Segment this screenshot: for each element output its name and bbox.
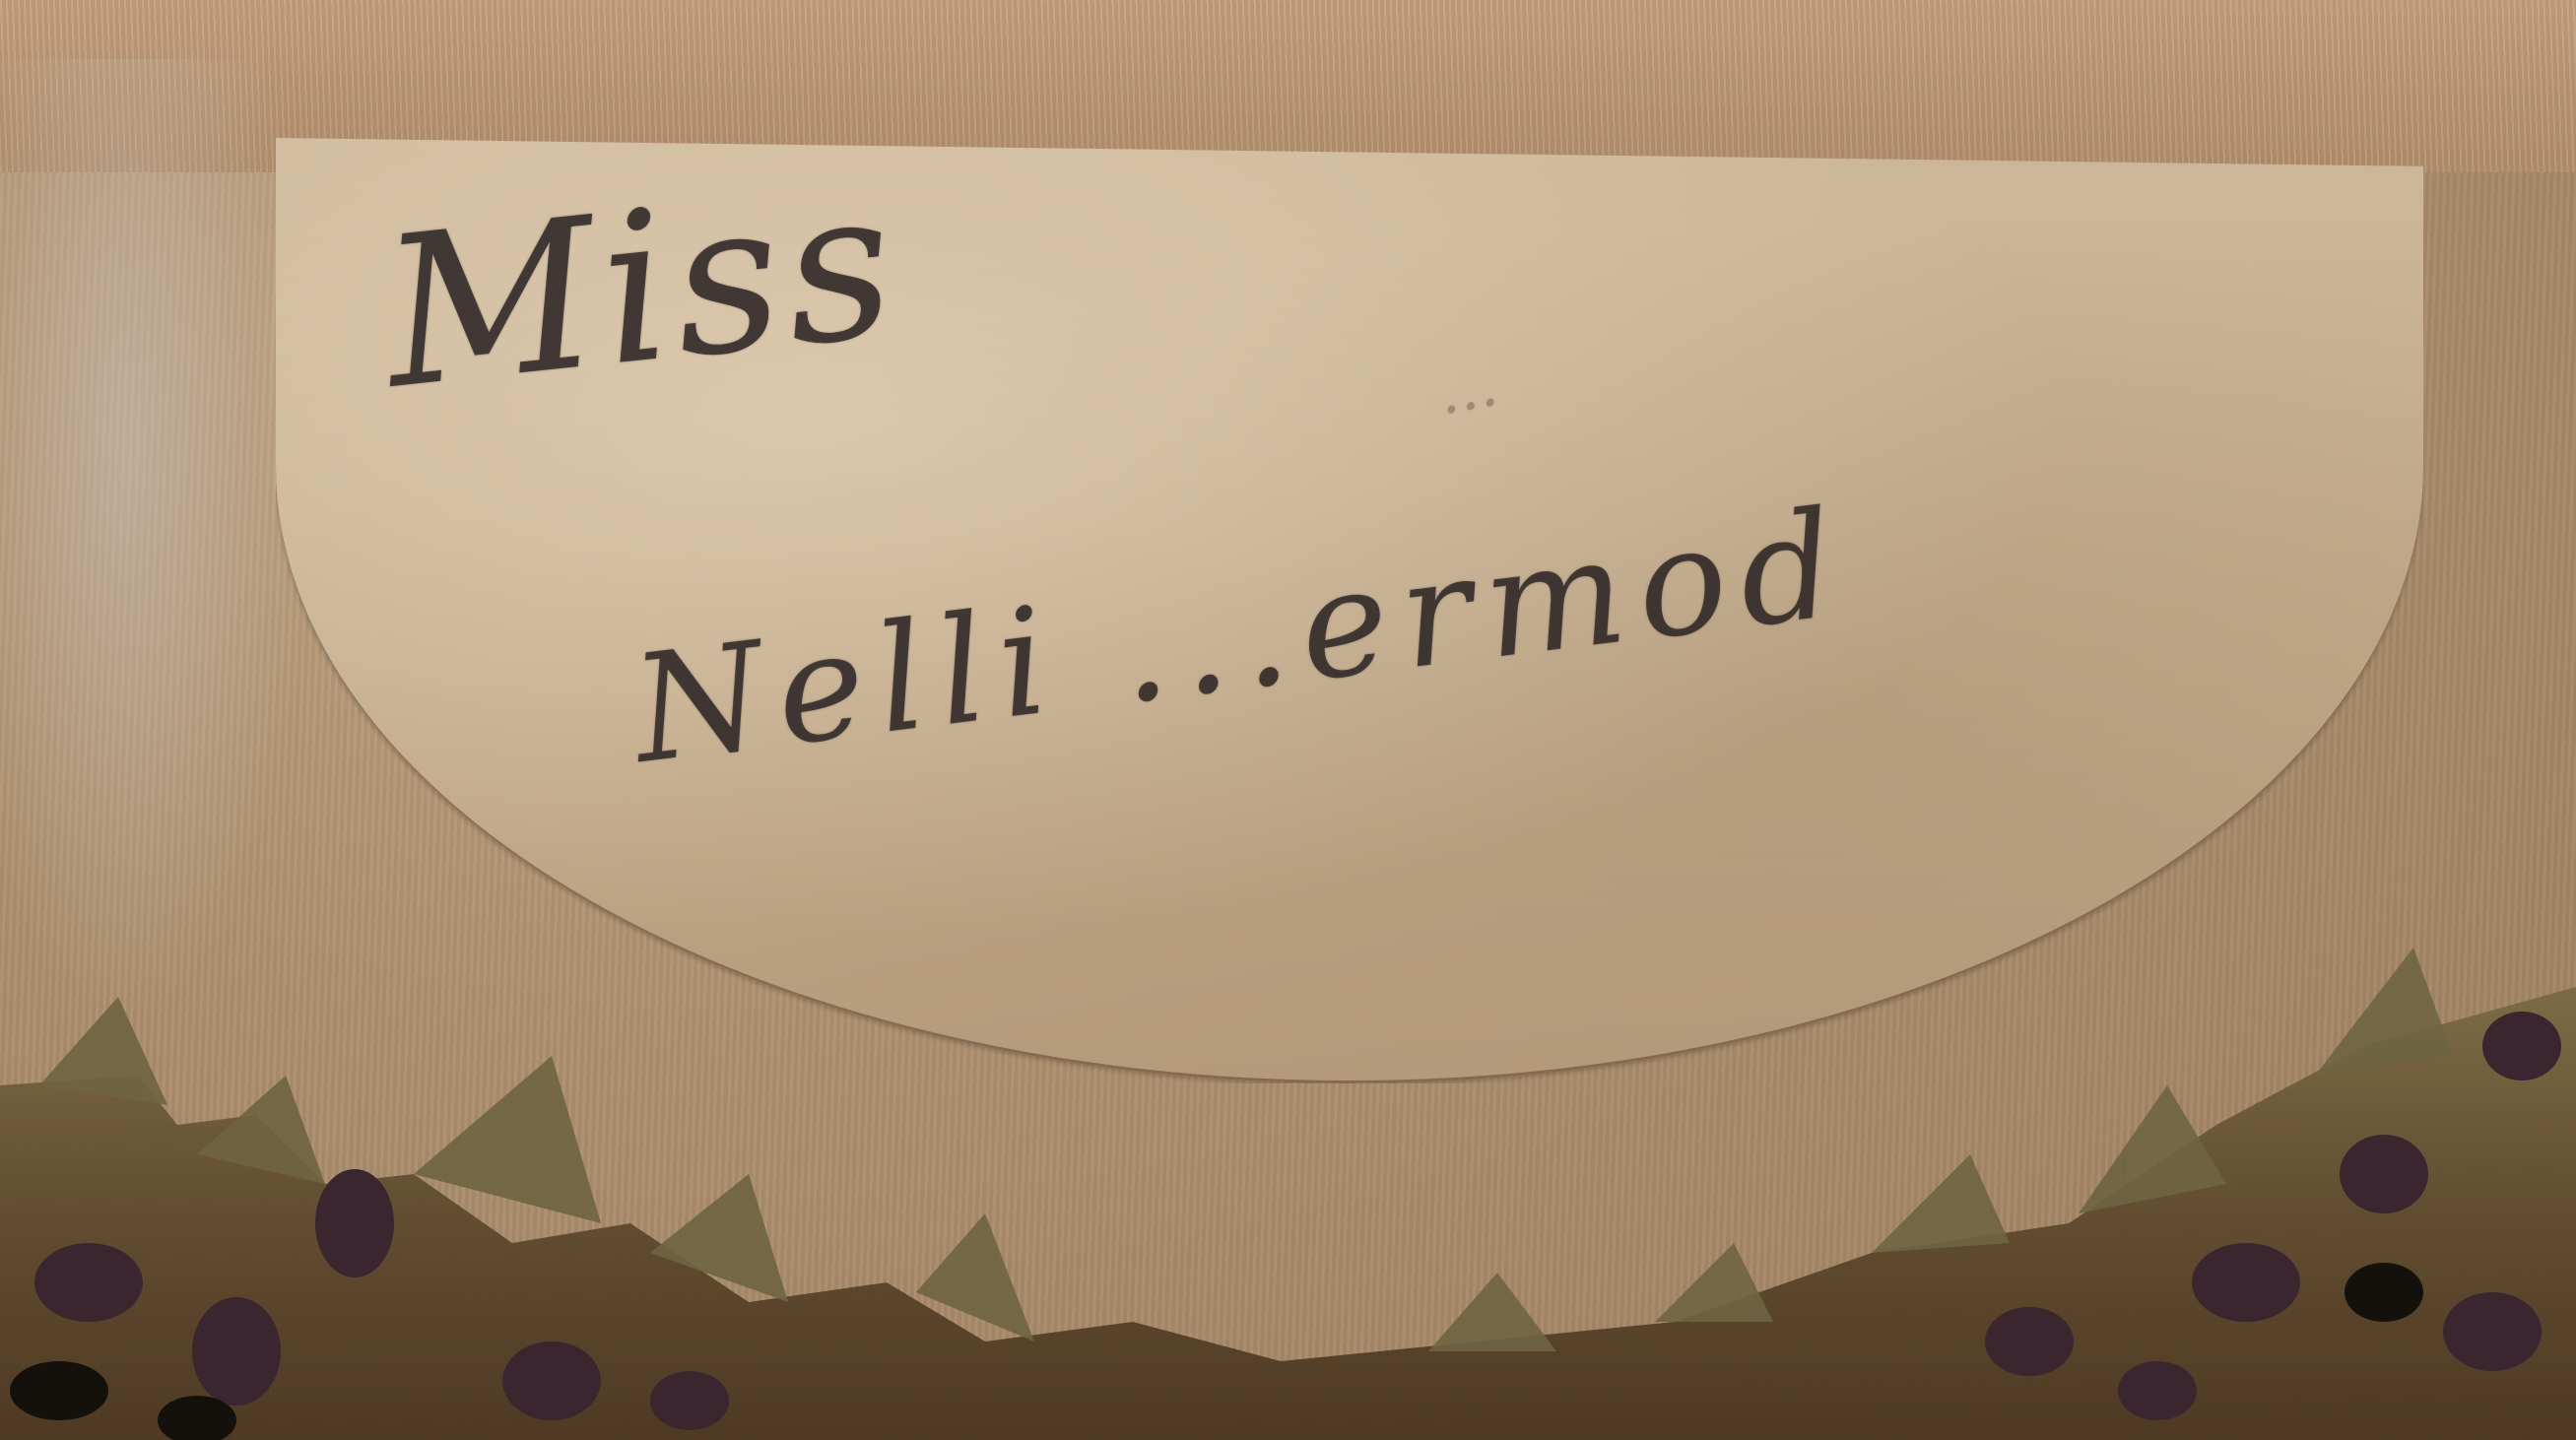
worn-paper-edge <box>0 59 315 1024</box>
handwriting-faint-mark: … <box>1432 350 1508 428</box>
photo-scene: Miss … Nelli ...ermod <box>0 0 2576 1440</box>
